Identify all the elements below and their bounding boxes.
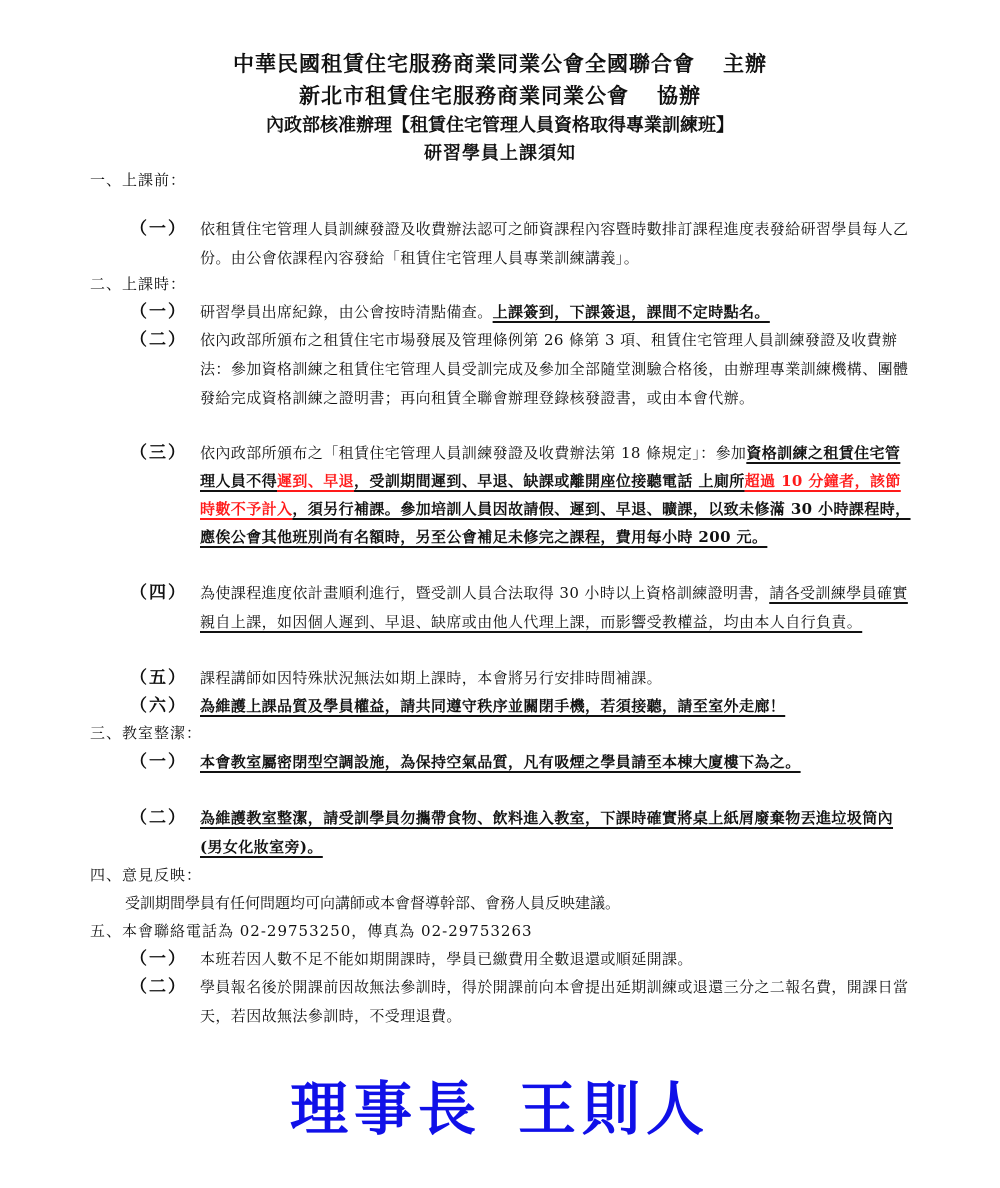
section-2-item-5: （五） 課程講師如因特殊狀況無法如期上課時，本會將另行安排時間補課。 bbox=[130, 664, 920, 693]
section-2-title: 二、上課時： bbox=[90, 270, 186, 298]
item-text: 本會教室屬密閉型空調設施，為保持空氣品質，凡有吸煙之學員請至本棟大廈樓下為之。 bbox=[200, 748, 890, 777]
item-number: （一） bbox=[130, 945, 190, 974]
organizer-name: 中華民國租賃住宅服務商業同業公會全國聯合會 bbox=[233, 51, 695, 76]
item-text-plain: 研習學員出席紀錄，由公會按時清點備查。 bbox=[200, 303, 493, 321]
item-number: （一） bbox=[130, 748, 190, 777]
item-text: 本班若因人數不足不能如期開課時，學員已繳費用全數退還或順延開課。 bbox=[200, 945, 915, 974]
section-5-item-2: （二） 學員報名後於開課前因故無法參訓時，得於開課前向本會提出延期訓練或退還三分… bbox=[130, 973, 920, 1031]
item-text: 學員報名後於開課前因故無法參訓時，得於開課前向本會提出延期訓練或退還三分之二報名… bbox=[200, 973, 915, 1031]
chairman-signature: 理事長王則人 bbox=[0, 1062, 1000, 1146]
course-title: 內政部核准辦理【租賃住宅管理人員資格取得專業訓練班】 bbox=[0, 112, 1000, 140]
item-text: 課程講師如因特殊狀況無法如期上課時，本會將另行安排時間補課。 bbox=[200, 664, 915, 693]
item-number: （六） bbox=[130, 692, 190, 721]
section-2-item-4: （四） 為使課程進度依計畫順利進行，暨受訓人員合法取得 30 小時以上資格訓練證… bbox=[130, 579, 920, 637]
co-organizer-role: 協辦 bbox=[657, 83, 701, 108]
section-2-item-6: （六） 為維護上課品質及學員權益，請共同遵守秩序並關閉手機，若須接聽，請至室外走… bbox=[130, 692, 920, 721]
item-text-red-emphasis: 遲到、早退 bbox=[277, 472, 354, 490]
section-2-item-1: （一） 研習學員出席紀錄，由公會按時清點備查。上課簽到，下課簽退，課間不定時點名… bbox=[130, 298, 920, 327]
item-text: 為使課程進度依計畫順利進行，暨受訓人員合法取得 30 小時以上資格訓練證明書，請… bbox=[200, 579, 915, 637]
item-number: （二） bbox=[130, 326, 190, 355]
signature-name: 王則人 bbox=[518, 1075, 710, 1143]
item-text: 研習學員出席紀錄，由公會按時清點備查。上課簽到，下課簽退，課間不定時點名。 bbox=[200, 298, 915, 327]
section-4-text: 受訓期間學員有任何問題均可向講師或本會督導幹部、會務人員反映建議。 bbox=[125, 889, 620, 917]
section-3-title: 三、教室整潔： bbox=[90, 719, 202, 747]
signature-title: 理事長 bbox=[290, 1075, 482, 1143]
co-organizer-name: 新北市租賃住宅服務商業同業公會 bbox=[299, 83, 629, 108]
document-header: 中華民國租賃住宅服務商業同業公會全國聯合會主辦 新北市租賃住宅服務商業同業公會協… bbox=[0, 48, 1000, 168]
organizer-line: 中華民國租賃住宅服務商業同業公會全國聯合會主辦 bbox=[0, 48, 1000, 80]
item-number: （四） bbox=[130, 579, 190, 608]
item-text: 依租賃住宅管理人員訓練發證及收費辦法認可之師資課程內容暨時數排訂課程進度表發給研… bbox=[200, 215, 915, 273]
item-text: 為維護上課品質及學員權益，請共同遵守秩序並關閉手機，若須接聽，請至室外走廊！ bbox=[200, 692, 915, 721]
item-number: （一） bbox=[130, 215, 190, 244]
section-2-item-2: （二） 依內政部所頒布之租賃住宅市場發展及管理條例第 26 條第 3 項、租賃住… bbox=[130, 326, 920, 413]
item-number: （一） bbox=[130, 298, 190, 327]
item-text-plain: 為使課程進度依計畫順利進行，暨受訓人員合法取得 30 小時以上資格訓練證明書， bbox=[200, 584, 769, 602]
document-title: 研習學員上課須知 bbox=[0, 140, 1000, 168]
item-text: 依內政部所頒布之「租賃住宅管理人員訓練發證及收費辦法第 18 條規定」：參加資格… bbox=[200, 439, 915, 551]
item-text-emphasis: ，須另行補課。參加培訓人員因故請假、遲到、早退、曠課，以致未修滿 30 小時課程… bbox=[200, 500, 911, 546]
section-1-item-1: （一） 依租賃住宅管理人員訓練發證及收費辦法認可之師資課程內容暨時數排訂課程進度… bbox=[130, 215, 920, 273]
item-text: 為維護教室整潔，請受訓學員勿攜帶食物、飲料進入教室，下課時確實將桌上紙屑廢棄物丟… bbox=[200, 804, 915, 862]
section-3-item-2: （二） 為維護教室整潔，請受訓學員勿攜帶食物、飲料進入教室，下課時確實將桌上紙屑… bbox=[130, 804, 920, 862]
section-1-title: 一、上課前： bbox=[90, 166, 186, 194]
item-number: （三） bbox=[130, 439, 190, 468]
organizer-role: 主辦 bbox=[723, 51, 767, 76]
section-3-item-1: （一） 本會教室屬密閉型空調設施，為保持空氣品質，凡有吸煙之學員請至本棟大廈樓下… bbox=[130, 748, 920, 777]
item-text: 依內政部所頒布之租賃住宅市場發展及管理條例第 26 條第 3 項、租賃住宅管理人… bbox=[200, 326, 915, 413]
section-5-title: 五、本會聯絡電話為 02-29753250，傳真為 02-29753263 bbox=[90, 917, 533, 945]
section-5-item-1: （一） 本班若因人數不足不能如期開課時，學員已繳費用全數退還或順延開課。 bbox=[130, 945, 920, 974]
section-2-item-3: （三） 依內政部所頒布之「租賃住宅管理人員訓練發證及收費辦法第 18 條規定」：… bbox=[130, 439, 920, 551]
item-number: （二） bbox=[130, 804, 190, 833]
item-number: （二） bbox=[130, 973, 190, 1002]
item-number: （五） bbox=[130, 664, 190, 693]
section-4-title: 四、意見反映： bbox=[90, 861, 202, 889]
item-text-plain: 依內政部所頒布之「租賃住宅管理人員訓練發證及收費辦法第 18 條規定」：參加 bbox=[200, 444, 746, 462]
item-text-emphasis: 上課簽到，下課簽退，課間不定時點名。 bbox=[493, 303, 770, 321]
co-organizer-line: 新北市租賃住宅服務商業同業公會協辦 bbox=[0, 80, 1000, 112]
item-text-emphasis: ，受訓期間遲到、早退、缺課或離開座位接聽電話 上廁所 bbox=[354, 472, 745, 490]
